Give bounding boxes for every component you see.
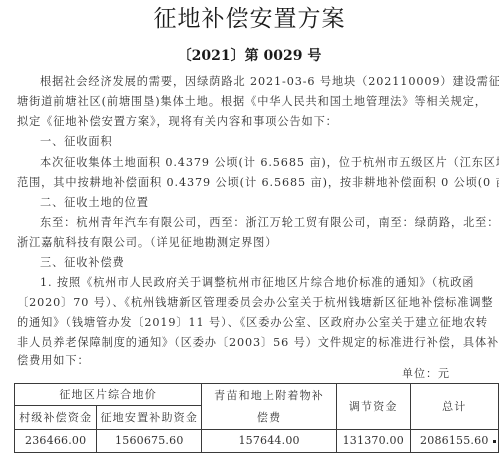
table-row: 236466.00 1560675.60 157644.00 131370.00… — [15, 430, 499, 453]
compensation-line-1: 1. 按照《杭州市人民政府关于调整杭州市征地区片综合地价标准的通知》（杭政函 — [40, 276, 487, 290]
cell-adjustment: 131370.00 — [336, 430, 410, 453]
area-line-2: 范围，其中按耕地补偿面积 0.4379 公顷(计 6.5685 亩)，按非耕地补… — [17, 176, 487, 190]
compensation-line-5: 偿费用如下： — [17, 354, 487, 368]
cell-village-comp: 236466.00 — [15, 430, 97, 453]
location-line-1: 东至：杭州青年汽车有限公司，西至：浙江万轮工贸有限公司，南至：绿荫路，北至： — [40, 216, 487, 230]
area-line-1: 本次征收集体土地面积 0.4379 公顷(计 6.5685 亩)，位于杭州市五级… — [40, 156, 487, 170]
compensation-line-2: 〔2020〕70 号）、《杭州钱塘新区管理委员会办公室关于杭州钱塘新区征地补偿标… — [17, 296, 487, 310]
compensation-table: 征地区片综合地价 青苗和地上附着物补偿费 调节资金 总计 村级补偿资金 征地安置… — [14, 383, 499, 453]
header-adjustment: 调节资金 — [336, 384, 410, 430]
cell-total: 2086155.60 — [410, 430, 498, 453]
section-heading-compensation: 三、征收补偿费 — [40, 256, 487, 270]
document-number: 〔2021〕第 0029 号 — [0, 47, 499, 65]
header-land-price-group: 征地区片综合地价 — [15, 384, 202, 406]
intro-line-1: 根据社会经济发展的需要，因绿荫路北 2021-03-6 号地块（20211000… — [40, 75, 487, 89]
section-heading-location: 二、征收土地的位置 — [40, 196, 487, 210]
section-heading-area: 一、征收面积 — [40, 135, 487, 149]
document-title: 征地补偿安置方案 — [0, 4, 499, 34]
unit-label: 单位：元 — [402, 367, 450, 381]
location-line-2: 浙江嘉航科技有限公司。（详见征地勘测定界图） — [17, 236, 487, 250]
intro-line-2: 塘街道前塘社区(前塘围垦)集体土地。根据《中华人民共和国土地管理法》等相关规定， — [17, 95, 487, 109]
cell-resettle-subsidy: 1560675.60 — [97, 430, 202, 453]
compensation-line-3: 的通知》（钱塘管办发〔2019〕11 号）、《区委办公室、区政府办公室关于建立征… — [17, 316, 487, 330]
header-total: 总计 — [410, 384, 498, 430]
intro-line-3: 拟定《征地补偿安置方案》，现将有关内容和事项公告如下： — [17, 115, 487, 129]
cell-crops-attachments: 157644.00 — [202, 430, 337, 453]
trailing-mark — [493, 440, 496, 443]
header-village-comp: 村级补偿资金 — [15, 406, 97, 430]
header-crops-attachments: 青苗和地上附着物补偿费 — [202, 384, 337, 430]
compensation-line-4: 非人员养老保障制度的通知》（区委办〔2003〕56 号）文件规定的标准进行补偿，… — [17, 336, 487, 350]
header-resettle-subsidy: 征地安置补助资金 — [97, 406, 202, 430]
